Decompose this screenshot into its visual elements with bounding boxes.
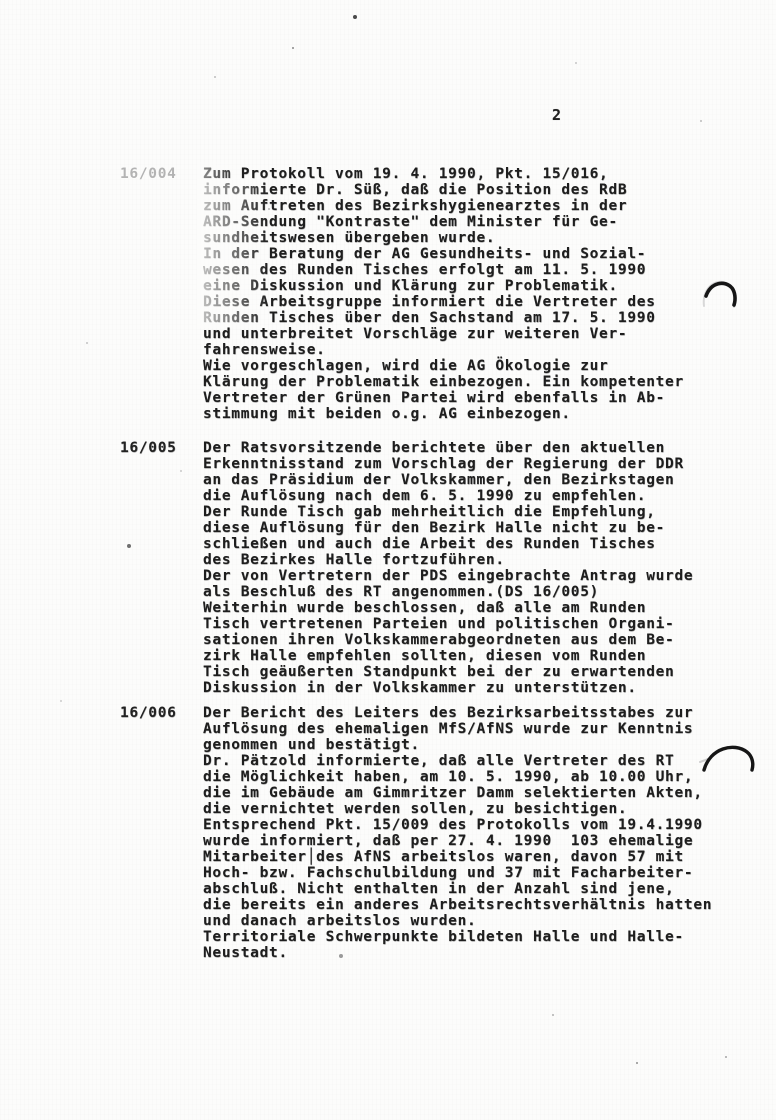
text-line: die bereits ein anderes Arbeitsrechtsver… — [203, 897, 712, 913]
text-line: Runden Tisches über den Sachstand am 17.… — [203, 310, 684, 326]
text-line: die im Gebäude am Gimmritzer Damm selekt… — [203, 785, 712, 801]
text-line: zirk Halle empfehlen sollten, diesen vom… — [203, 648, 693, 664]
text-line: Territoriale Schwerpunkte bildeten Halle… — [203, 929, 712, 945]
text-line: informierte Dr. Süß, daß die Position de… — [203, 182, 684, 198]
text-line: ARD-Sendung "Kontraste" dem Minister für… — [203, 214, 684, 230]
text-line: Der Runde Tisch gab mehrheitlich die Emp… — [203, 504, 693, 520]
page-number: 2 — [552, 106, 562, 124]
text-line: genommen und bestätigt. — [203, 737, 712, 753]
text-line: Klärung der Problematik einbezogen. Ein … — [203, 374, 684, 390]
text-line: Dr. Pätzold informierte, daß alle Vertre… — [203, 753, 712, 769]
text-line: Der Ratsvorsitzende berichtete über den … — [203, 440, 693, 456]
text-line: schließen und auch die Arbeit des Runden… — [203, 536, 693, 552]
text-line: Mitarbeiter│des AfNS arbeitslos waren, d… — [203, 849, 712, 865]
text-line: Hoch- bzw. Fachschulbildung und 37 mit F… — [203, 865, 712, 881]
text-line: wurde informiert, daß per 27. 4. 1990 10… — [203, 833, 712, 849]
text-line: Vertreter der Grünen Partei wird ebenfal… — [203, 390, 684, 406]
text-line: Erkenntnisstand zum Vorschlag der Regier… — [203, 456, 693, 472]
text-line: und danach arbeitslos wurden. — [203, 913, 712, 929]
paragraph-body: Der Ratsvorsitzende berichtete über den … — [203, 440, 693, 696]
text-line: Tisch vertretenen Parteien und politisch… — [203, 616, 693, 632]
text-line: In der Beratung der AG Gesundheits- und … — [203, 246, 684, 262]
text-line: als Beschluß des RT angenommen.(DS 16/00… — [203, 584, 693, 600]
text-line: Der Bericht des Leiters des Bezirksarbei… — [203, 705, 712, 721]
text-line: wesen des Runden Tisches erfolgt am 11. … — [203, 262, 684, 278]
text-line: und unterbreitet Vorschläge zur weiteren… — [203, 326, 684, 342]
text-line: Der von Vertretern der PDS eingebrachte … — [203, 568, 693, 584]
text-line: Zum Protokoll vom 19. 4. 1990, Pkt. 15/0… — [203, 166, 684, 182]
paragraph-body: Zum Protokoll vom 19. 4. 1990, Pkt. 15/0… — [203, 166, 684, 422]
text-line: diese Auflösung für den Bezirk Halle nic… — [203, 520, 693, 536]
text-line: Neustadt. — [203, 945, 712, 961]
text-line: eine Diskussion und Klärung zur Problema… — [203, 278, 684, 294]
paragraph-body: Der Bericht des Leiters des Bezirksarbei… — [203, 705, 712, 961]
text-line: stimmung mit beiden o.g. AG einbezogen. — [203, 406, 684, 422]
text-line: des Bezirkes Halle fortzuführen. — [203, 552, 693, 568]
text-line: die vernichtet werden sollen, zu besicht… — [203, 801, 712, 817]
text-line: abschluß. Nicht enthalten in der Anzahl … — [203, 881, 712, 897]
text-line: an das Präsidium der Volkskammer, den Be… — [203, 472, 693, 488]
paragraph-ref: 16/004 — [120, 166, 177, 182]
text-line: Weiterhin wurde beschlossen, daß alle am… — [203, 600, 693, 616]
text-line: die Möglichkeit haben, am 10. 5. 1990, a… — [203, 769, 712, 785]
text-line: Tisch geäußerten Standpunkt bei der zu e… — [203, 664, 693, 680]
text-line: sationen ihren Volkskammerabgeordneten a… — [203, 632, 693, 648]
text-line: Diskussion in der Volkskammer zu unterst… — [203, 680, 693, 696]
text-line: die Auflösung nach dem 6. 5. 1990 zu emp… — [203, 488, 693, 504]
text-line: fahrensweise. — [203, 342, 684, 358]
paragraph-ref: 16/006 — [120, 705, 177, 721]
text-line: zum Auftreten des Bezirkshygienearztes i… — [203, 198, 684, 214]
handwritten-arc-mark-icon — [697, 274, 743, 316]
text-line: Wie vorgeschlagen, wird die AG Ökologie … — [203, 358, 684, 374]
text-line: Entsprechend Pkt. 15/009 des Protokolls … — [203, 817, 712, 833]
paragraph-ref: 16/005 — [120, 440, 177, 456]
text-line: sundheitswesen übergeben wurde. — [203, 230, 684, 246]
text-line: Auflösung des ehemaligen MfS/AfNS wurde … — [203, 721, 712, 737]
text-line: Diese Arbeitsgruppe informiert die Vertr… — [203, 294, 684, 310]
scan-specks — [0, 0, 2, 2]
